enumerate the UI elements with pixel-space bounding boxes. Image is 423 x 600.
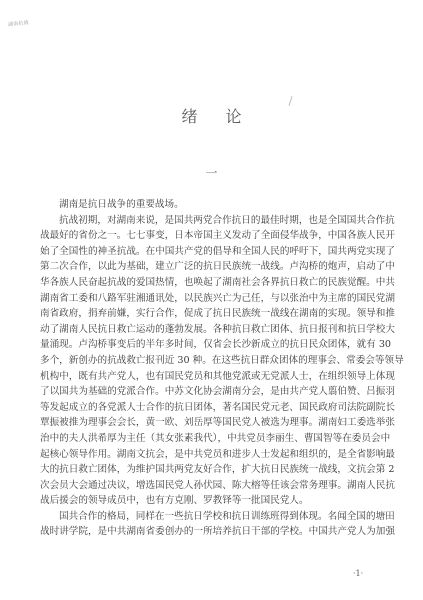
section-number: 一 xyxy=(0,164,423,181)
text-line: 次会员大会通过决议，增选国民党人孙伏园、陈大榕等任该会常务理事。湖南人民抗 xyxy=(40,478,380,494)
text-line: 多个，新创办的抗战救亡报刊近 30 种。在这些抗日群众团体的理事会、常委会等领导 xyxy=(40,353,380,369)
text-line: 湖南是抗日战争的重要战场。 xyxy=(59,197,380,213)
chapter-title-char: 论 xyxy=(226,107,270,126)
paragraph: 抗战初期，对湖南来说，是国共两党合作抗日的最佳时期，也是全国国共合作抗 战最好的… xyxy=(40,213,380,509)
text-line: 覃振被推为理事会会长，黄一欧、刘岳厚等国民党人被选为理事。湖南妇工委选举张 xyxy=(40,415,380,431)
text-line: 南省政府，捐弃前嫌，实行合作，促成了抗日民族统一战线在湖南的实现。领导和推 xyxy=(40,306,380,322)
text-line: 华各族人民奋起抗战的爱国热情，也唤起了湖南社会各界抗日救亡的民族觉醒。中共 xyxy=(40,275,380,291)
page-number: ·1· xyxy=(353,569,363,578)
text-line: 第二次合作，以此为基础，建立广泛的抗日民族统一战线。卢沟桥的炮声，启动了中 xyxy=(40,259,380,275)
text-line: 治中的夫人洪希厚为主任（其女张素我代），中共党员李丽生、曹国智等在委员会中 xyxy=(40,431,380,447)
chapter-title: 绪论 xyxy=(0,104,423,127)
text-line: 湖南省工委和八路军驻湘通讯处，以民族兴亡为己任，与以张治中为主席的国民党湖 xyxy=(40,291,380,307)
text-line: 始了全国性的神圣抗战。在中国共产党的倡导和全国人民的呼吁下，国共两党实现了 xyxy=(40,244,380,260)
text-line: 抗战初期，对湖南来说，是国共两党合作抗日的最佳时期，也是全国国共合作抗 xyxy=(40,213,380,229)
body-text: 湖南是抗日战争的重要战场。 抗战初期，对湖南来说，是国共两党合作抗日的最佳时期，… xyxy=(40,197,380,540)
chapter-title-char: 绪 xyxy=(181,107,225,126)
text-line: 大的抗日救亡团体，为维护国共两党友好合作，扩大抗日民族统一战线，文抗会第 2 xyxy=(40,462,380,478)
text-line: 战最好的省份之一。七七事变，日本帝国主义发动了全面侵华战争，中国各族人民开 xyxy=(40,228,380,244)
text-line: 机构中，既有共产党人，也有国民党员和其他党派或无党派人士，在组织领导上体现 xyxy=(40,369,380,385)
scan-watermark: 湖南抗战 xyxy=(8,19,29,28)
text-line: 动了湖南人民抗日救亡运动的蓬勃发展。各种抗日救亡团体、抗日报刊和抗日学校大 xyxy=(40,322,380,338)
text-line: 国共合作的格局，同样在一些抗日学校和抗日训练班得到体现。名闻全国的塘田 xyxy=(40,509,380,525)
text-line: 起核心领导作用。湖南文抗会，是中共党员和进步人士发起和组织的，是全省影响最 xyxy=(40,447,380,463)
text-line: 战时讲学院，是中共湖南省委创办的一所培养抗日干部的学校。中国共产党人为加强 xyxy=(40,524,380,540)
paragraph: 湖南是抗日战争的重要战场。 xyxy=(40,197,380,213)
text-line: 量涌现。卢沟桥事变后的半年多时间，仅省会长沙新成立的抗日民众团体，就有 30 xyxy=(40,337,380,353)
paragraph: 国共合作的格局，同样在一些抗日学校和抗日训练班得到体现。名闻全国的塘田 战时讲学… xyxy=(40,509,380,540)
text-line: 了以国共为基础的党派合作。中苏文化协会湖南分会，是由共产党人翦伯赞、吕振羽 xyxy=(40,384,380,400)
text-line: 战后援会的领导成员中，也有方克刚、罗教铎等一批国民党人。 xyxy=(40,493,380,509)
text-line: 等发起成立的各党派人士合作的抗日团体，著名国民党元老、国民政府司法院副院长 xyxy=(40,400,380,416)
